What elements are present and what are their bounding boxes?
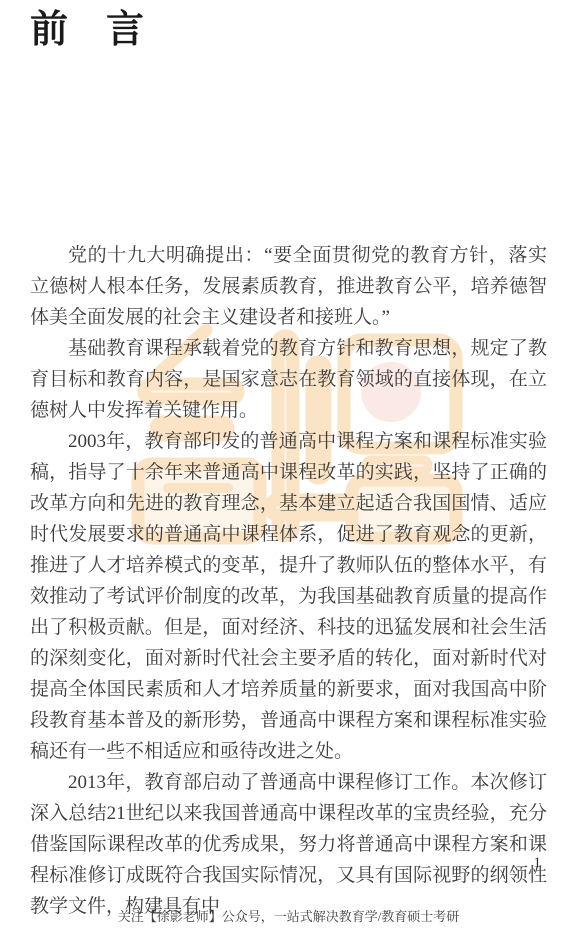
paragraph: 2003年，教育部印发的普通高中课程方案和课程标准实验稿，指导了十余年来普通高中…	[30, 426, 547, 767]
paragraph: 2013年，教育部启动了普通高中课程修订工作。本次修订深入总结21世纪以来我国普…	[30, 767, 547, 922]
footer-note: 关注【徐影老师】公众号，一站式解决教育学/教育硕士考研	[0, 906, 577, 925]
paragraph: 基础教育课程承载着党的教育方针和教育思想，规定了教育目标和教育内容，是国家意志在…	[30, 333, 547, 426]
paragraph: 党的十九大明确提出：“要全面贯彻党的教育方针，落实立德树人根本任务，发展素质教育…	[30, 240, 547, 333]
document-page: 前 言 党的十九大明确提出：“要全面贯彻党的教育方针，落实立德树人根本任务，发展…	[0, 0, 577, 940]
page-title: 前 言	[30, 8, 144, 54]
page-number: 1	[534, 855, 542, 872]
body-text: 党的十九大明确提出：“要全面贯彻党的教育方针，落实立德树人根本任务，发展素质教育…	[30, 240, 547, 922]
